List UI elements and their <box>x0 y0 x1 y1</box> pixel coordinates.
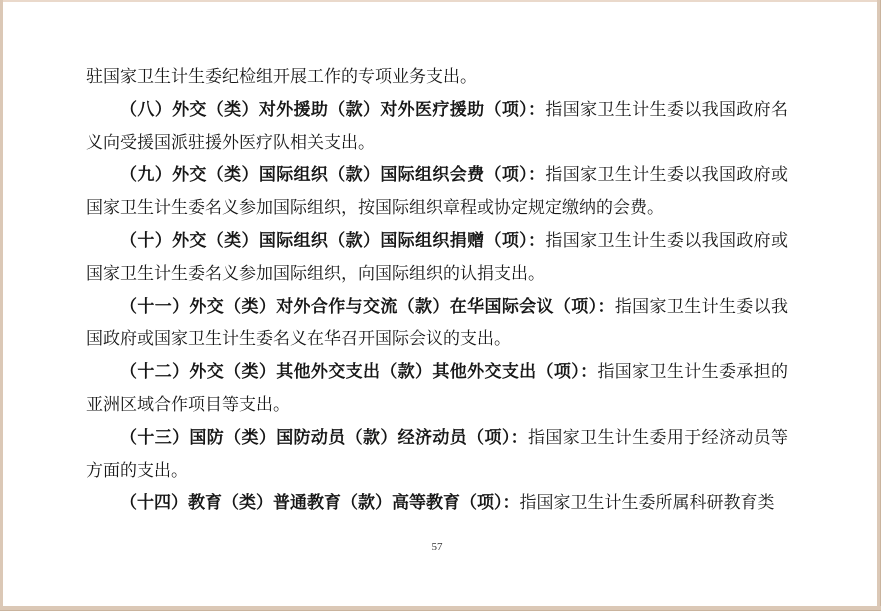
clause-heading: （十一）外交（类）对外合作与交流（款）在华国际会议（项）： <box>120 297 615 316</box>
clause-description: 驻国家卫生计生委纪检组开展工作的专项业务支出。 <box>86 67 477 86</box>
page-edge-top <box>0 0 881 2</box>
document-body-text: 驻国家卫生计生委纪检组开展工作的专项业务支出。 （八）外交（类）对外援助（款）对… <box>86 61 788 520</box>
page-number: 57 <box>86 540 788 554</box>
page-edge-left <box>0 0 3 611</box>
paragraph: （九）外交（类）国际组织（款）国际组织会费（项）：指国家卫生计生委以我国政府或国… <box>86 159 788 225</box>
clause-heading: （八）外交（类）对外援助（款）对外医疗援助（项）： <box>120 100 545 119</box>
page-edge-right <box>877 0 881 611</box>
paragraph: （十）外交（类）国际组织（款）国际组织捐赠（项）：指国家卫生计生委以我国政府或国… <box>86 225 788 291</box>
clause-heading: （十三）国防（类）国防动员（款）经济动员（项）： <box>120 428 528 447</box>
paragraph: 驻国家卫生计生委纪检组开展工作的专项业务支出。 <box>86 61 788 94</box>
paragraph: （十四）教育（类）普通教育（款）高等教育（项）：指国家卫生计生委所属科研教育类 <box>86 487 788 520</box>
paragraph: （十一）外交（类）对外合作与交流（款）在华国际会议（项）：指国家卫生计生委以我国… <box>86 291 788 357</box>
document-page: 驻国家卫生计生委纪检组开展工作的专项业务支出。 （八）外交（类）对外援助（款）对… <box>0 0 881 611</box>
paragraph: （十三）国防（类）国防动员（款）经济动员（项）：指国家卫生计生委用于经济动员等方… <box>86 422 788 488</box>
clause-heading: （九）外交（类）国际组织（款）国际组织会费（项）： <box>120 165 545 184</box>
clause-heading: （十四）教育（类）普通教育（款）高等教育（项）： <box>120 493 520 512</box>
paragraph: （八）外交（类）对外援助（款）对外医疗援助（项）：指国家卫生计生委以我国政府名义… <box>86 94 788 160</box>
clause-description: 指国家卫生计生委所属科研教育类 <box>520 493 775 512</box>
clause-heading: （十）外交（类）国际组织（款）国际组织捐赠（项）： <box>120 231 545 250</box>
clause-heading: （十二）外交（类）其他外交支出（款）其他外交支出（项）： <box>120 362 597 381</box>
page-edge-bottom <box>0 606 881 611</box>
paragraph: （十二）外交（类）其他外交支出（款）其他外交支出（项）：指国家卫生计生委承担的亚… <box>86 356 788 422</box>
